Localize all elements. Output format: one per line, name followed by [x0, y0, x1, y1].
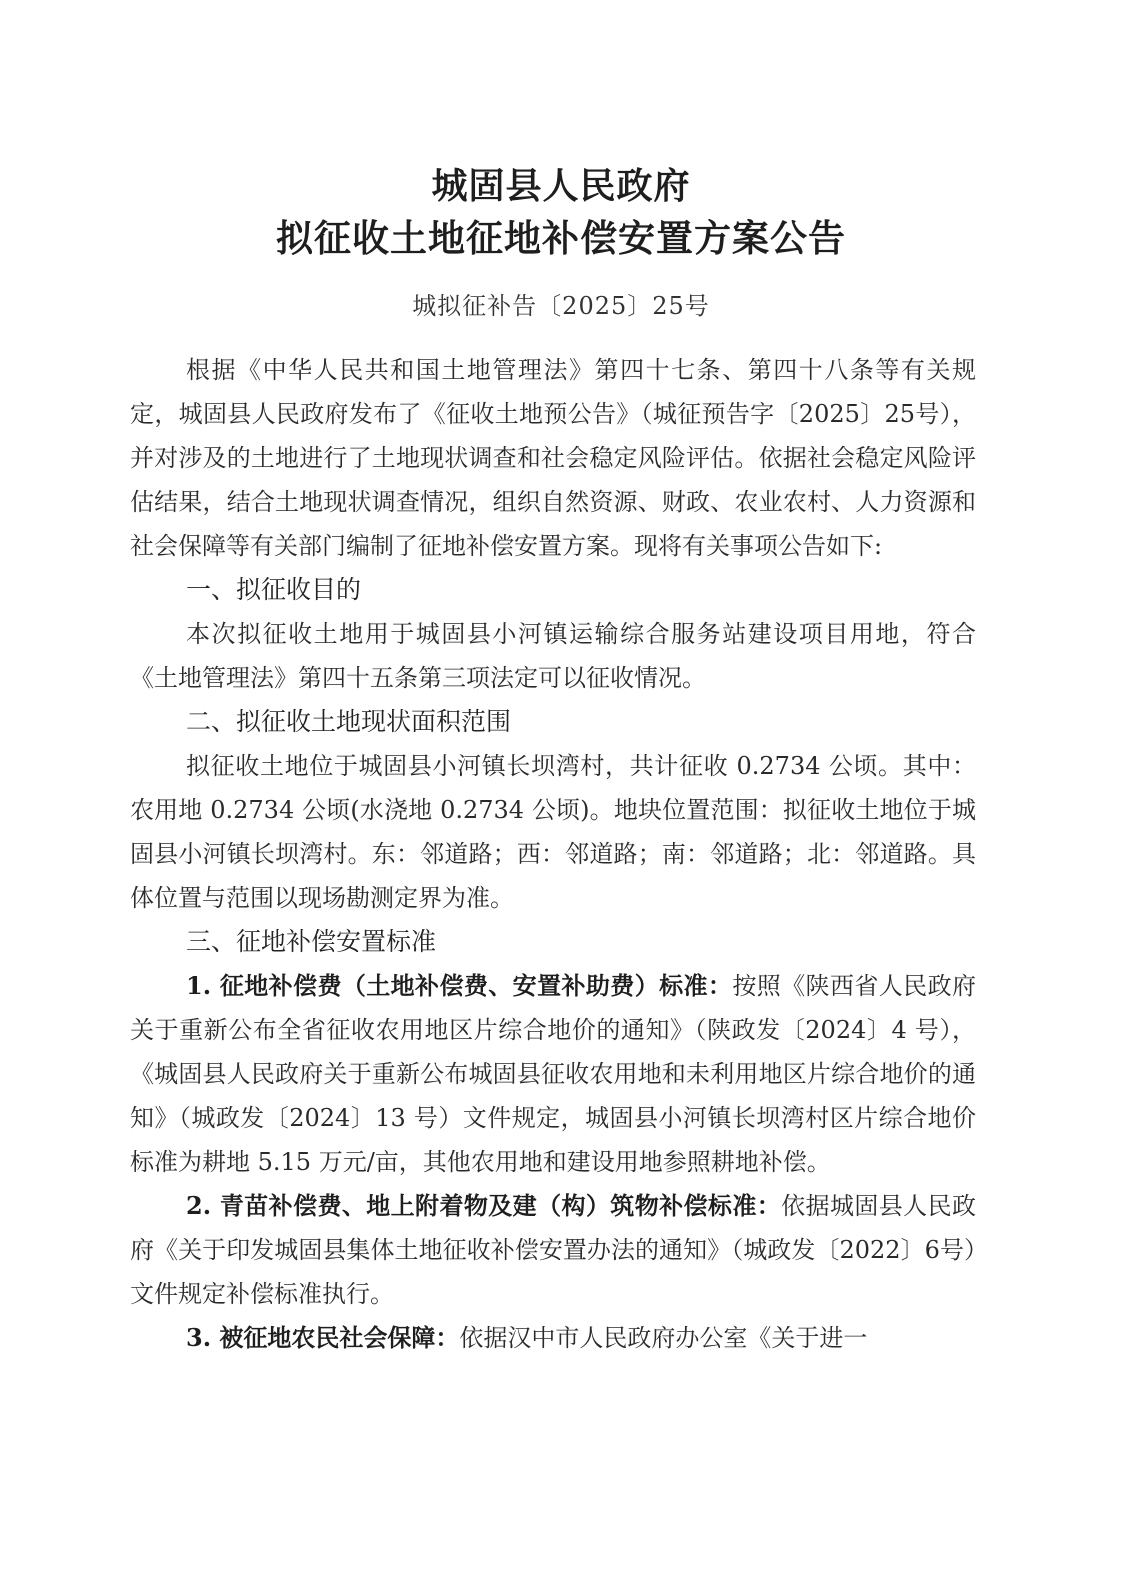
title-subject: 拟征收土地征地补偿安置方案公告	[0, 208, 1122, 262]
document-page: 城固县人民政府 拟征收土地征地补偿安置方案公告 城拟征补告〔2025〕25号 根…	[0, 0, 1122, 1586]
section-heading-purpose: 一、拟征收目的	[130, 568, 976, 612]
standard-item-2: 2. 青苗补偿费、地上附着物及建（构）筑物补偿标准：依据城固县人民政府《关于印发…	[130, 1184, 976, 1316]
section-text-purpose: 本次拟征收土地用于城固县小河镇运输综合服务站建设项目用地，符合《土地管理法》第四…	[130, 612, 976, 700]
standard-item-2-lead: 2. 青苗补偿费、地上附着物及建（构）筑物补偿标准：	[186, 1191, 781, 1220]
standard-item-1: 1. 征地补偿费（土地补偿费、安置补助费）标准：按照《陕西省人民政府关于重新公布…	[130, 964, 976, 1184]
standard-item-3-lead: 3. 被征地农民社会保障：	[186, 1323, 459, 1352]
standard-item-3-text: 依据汉中市人民政府办公室《关于进一	[459, 1324, 867, 1352]
section-heading-area: 二、拟征收土地现状面积范围	[130, 700, 976, 744]
document-number: 城拟征补告〔2025〕25号	[0, 286, 1122, 321]
standard-item-1-lead: 1. 征地补偿费（土地补偿费、安置补助费）标准：	[186, 971, 732, 1000]
section-text-area: 拟征收土地位于城固县小河镇长坝湾村，共计征收 0.2734 公顷。其中：农用地 …	[130, 744, 976, 920]
standard-item-3: 3. 被征地农民社会保障：依据汉中市人民政府办公室《关于进一	[130, 1316, 976, 1360]
intro-paragraph: 根据《中华人民共和国土地管理法》第四十七条、第四十八条等有关规定，城固县人民政府…	[130, 348, 976, 568]
standard-item-1-text: 按照《陕西省人民政府关于重新公布全省征收农用地区片综合地价的通知》（陕政发〔20…	[130, 972, 976, 1176]
document-body: 根据《中华人民共和国土地管理法》第四十七条、第四十八条等有关规定，城固县人民政府…	[130, 348, 976, 1360]
title-issuer: 城固县人民政府	[0, 158, 1122, 209]
section-heading-standards: 三、征地补偿安置标准	[130, 920, 976, 964]
